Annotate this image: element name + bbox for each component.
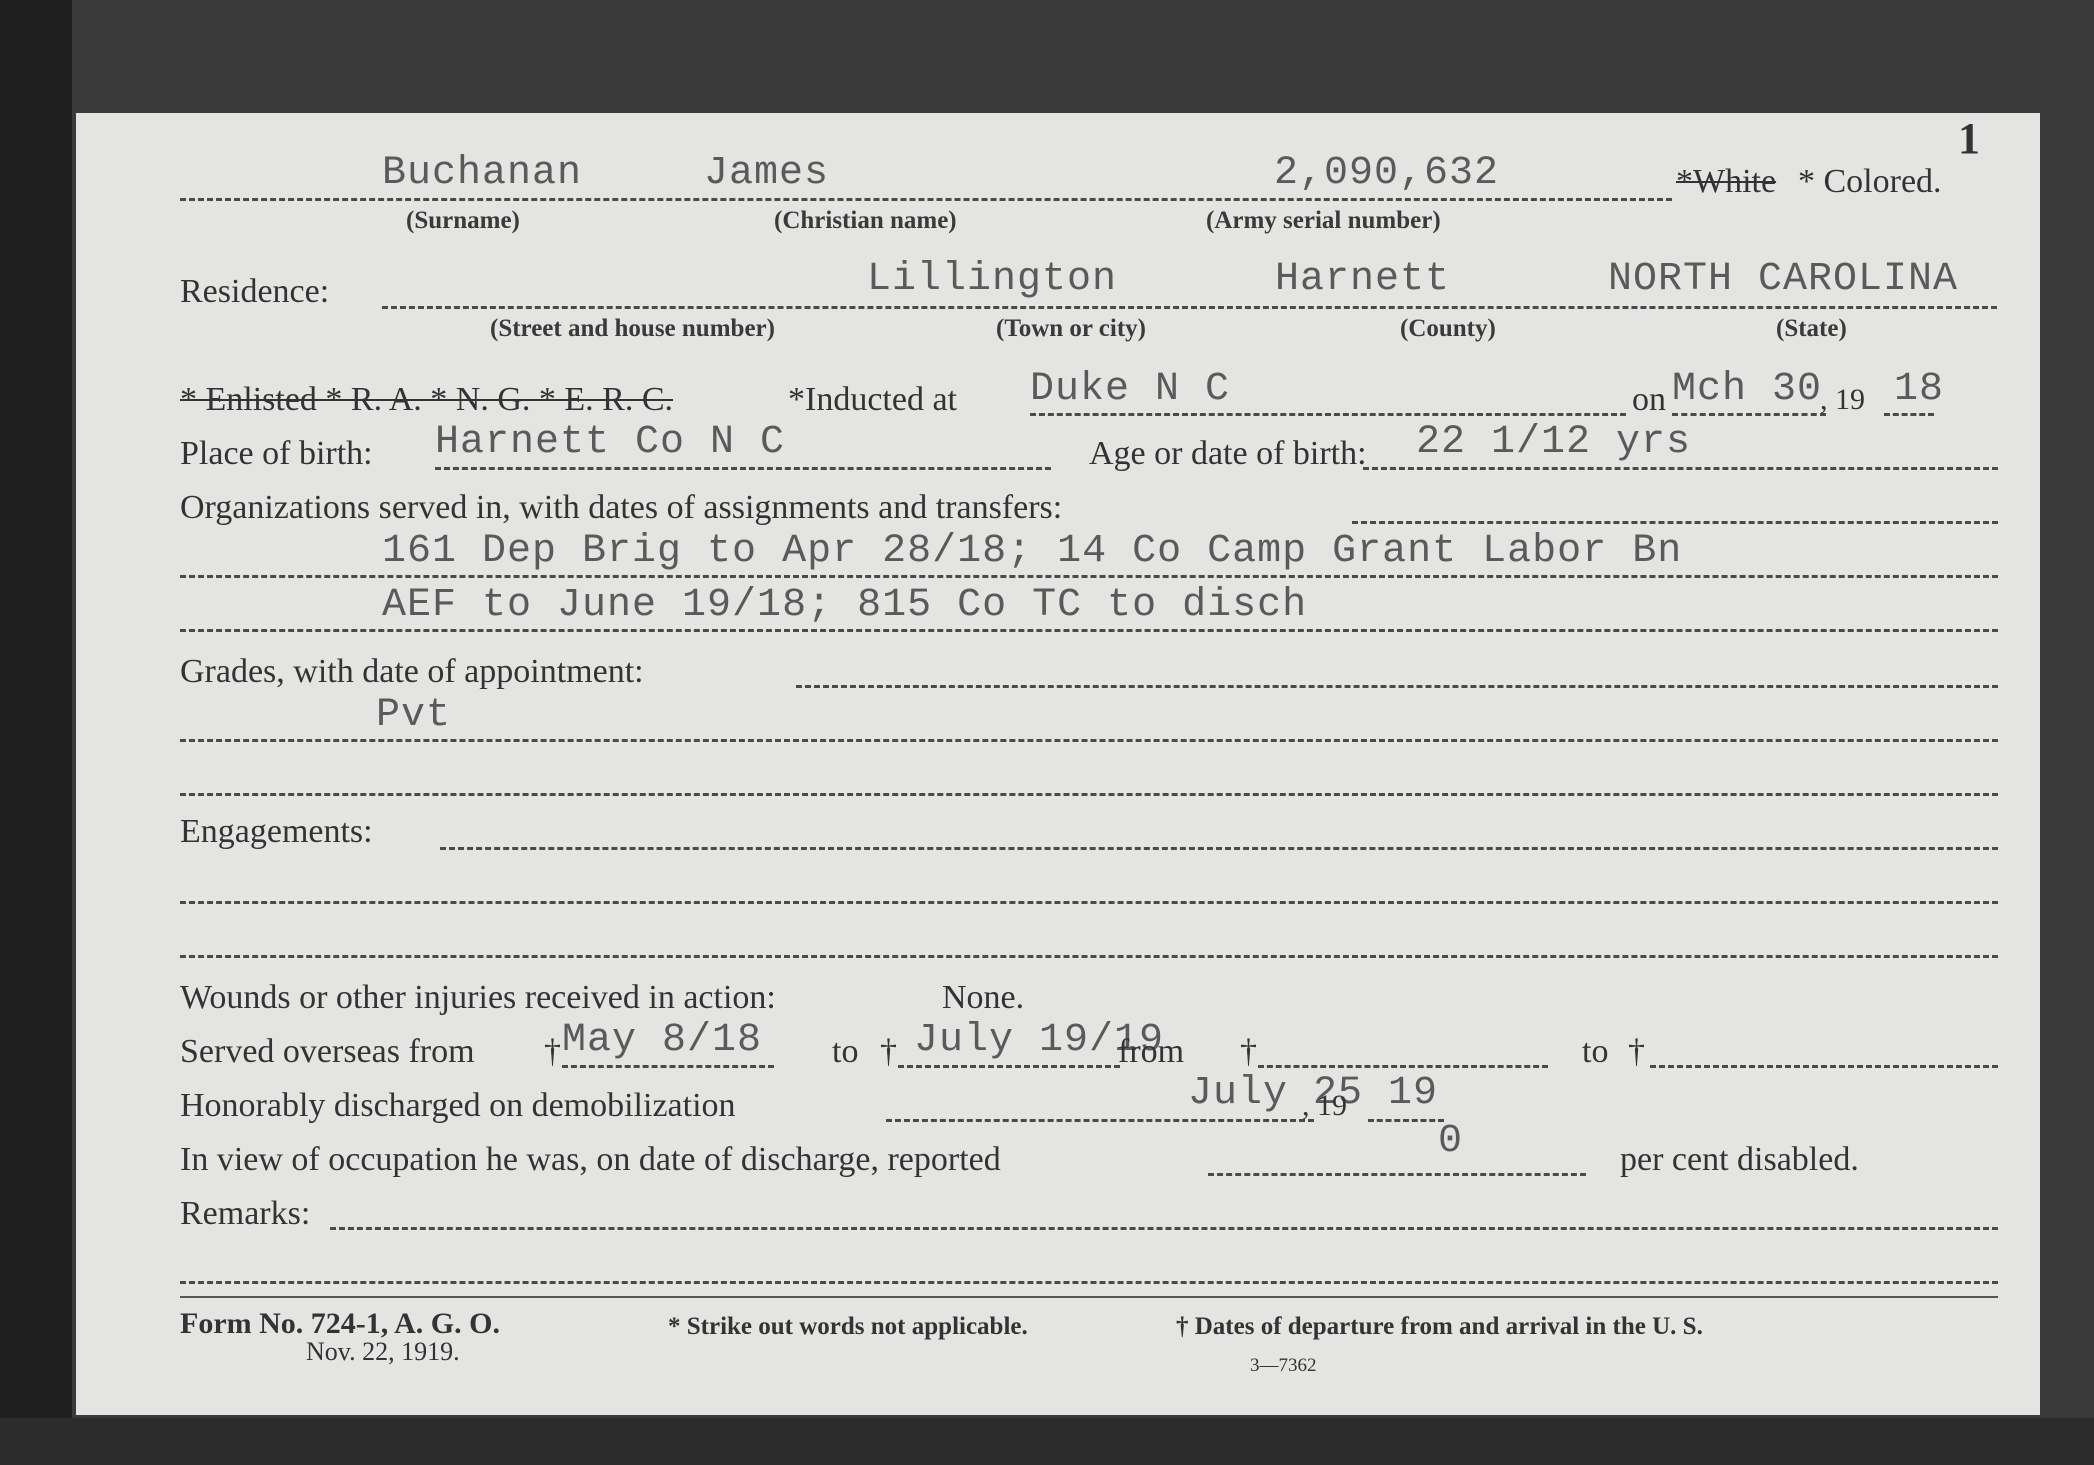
induction-year-line: [1884, 413, 1934, 416]
card-number: 1: [1958, 113, 1980, 164]
organization-line-1: 161 Dep Brig to Apr 28/18; 14 Co Camp Gr…: [382, 529, 1682, 574]
inducted-at-label: *Inducted at: [788, 381, 957, 419]
organization-rule-1: [180, 575, 1998, 578]
disability-label: In view of occupation he was, on date of…: [180, 1141, 1001, 1179]
wounds-value: None.: [942, 979, 1024, 1017]
organization-rule-2: [180, 629, 1998, 632]
age-line: [1363, 467, 1998, 470]
form-date: Nov. 22, 1919.: [306, 1337, 460, 1367]
grades-rule-2: [180, 793, 1998, 796]
engagements-label-line: [440, 847, 1998, 850]
residence-label: Residence:: [180, 273, 329, 311]
overseas-departure-line: [562, 1065, 774, 1068]
surname-value: Buchanan: [382, 151, 582, 196]
dagger-mark-1: †: [544, 1033, 561, 1071]
dates-note: † Dates of departure from and arrival in…: [1176, 1313, 1703, 1341]
serial-number-caption: (Army serial number): [1206, 207, 1441, 235]
disability-suffix: per cent disabled.: [1620, 1141, 1859, 1179]
strike-out-note: * Strike out words not applicable.: [668, 1313, 1028, 1341]
overseas-to-label-2: to: [1582, 1033, 1608, 1071]
remarks-line: [330, 1227, 1998, 1230]
residence-county-value: Harnett: [1275, 257, 1450, 302]
residence-state-value: NORTH CAROLINA: [1608, 257, 1958, 302]
service-record-card: 1 Buchanan James 2,090,632 *White * Colo…: [76, 113, 2040, 1415]
state-caption: (State): [1776, 315, 1847, 343]
overseas-departure-2-line: [1258, 1065, 1548, 1068]
engagements-rule-2: [180, 955, 1998, 958]
scanner-background-left: [0, 0, 72, 1465]
grades-label: Grades, with date of appointment:: [180, 653, 644, 691]
discharge-year-line: [1368, 1119, 1444, 1122]
discharge-year-prefix: , 19: [1302, 1089, 1347, 1123]
age-value: 22 1/12 yrs: [1416, 420, 1691, 465]
overseas-to-label: to: [832, 1033, 858, 1071]
form-number: Form No. 724-1, A. G. O.: [180, 1307, 500, 1341]
induction-date-line: [1672, 413, 1826, 416]
race-white-struck: *White: [1676, 163, 1776, 201]
induction-year-prefix: , 19: [1820, 383, 1865, 417]
inducted-at-value: Duke N C: [1030, 367, 1230, 412]
place-of-birth-line: [435, 467, 1051, 470]
remarks-label: Remarks:: [180, 1195, 310, 1233]
street-caption: (Street and house number): [490, 315, 775, 343]
organizations-label-line: [1352, 521, 1998, 524]
inducted-on-label: on: [1632, 381, 1666, 419]
discharge-label: Honorably discharged on demobilization: [180, 1087, 736, 1125]
overseas-arrival-line: [898, 1065, 1120, 1068]
induction-year-value: 18: [1894, 367, 1944, 412]
place-of-birth-value: Harnett Co N C: [435, 420, 785, 465]
remarks-rule-2: [180, 1281, 1998, 1284]
army-serial-number-value: 2,090,632: [1274, 151, 1499, 196]
surname-caption: (Surname): [406, 207, 520, 235]
dagger-mark-2: †: [880, 1033, 897, 1071]
discharge-date-line: [886, 1119, 1314, 1122]
overseas-arrival-2-line: [1650, 1065, 1998, 1068]
name-line: [180, 198, 1672, 201]
inducted-at-line: [1030, 413, 1626, 416]
engagements-rule-1: [180, 901, 1998, 904]
disability-line: [1208, 1173, 1586, 1176]
county-caption: (County): [1400, 315, 1496, 343]
enlistment-options-struck: * Enlisted * R. A. * N. G. * E. R. C.: [180, 381, 673, 419]
dagger-mark-3: †: [1240, 1033, 1257, 1071]
organization-line-2: AEF to June 19/18; 815 Co TC to disch: [382, 583, 1307, 628]
christian-name-caption: (Christian name): [774, 207, 957, 235]
engagements-label: Engagements:: [180, 813, 373, 851]
overseas-departure-value: May 8/18: [562, 1018, 762, 1063]
served-overseas-label: Served overseas from: [180, 1033, 475, 1071]
grades-label-line: [796, 685, 1998, 688]
footer-divider: [180, 1296, 1998, 1298]
race-colored: * Colored.: [1798, 163, 1942, 201]
overseas-from-label-2: from: [1118, 1033, 1184, 1071]
age-label: Age or date of birth:: [1089, 435, 1367, 473]
grades-rule-1: [180, 739, 1998, 742]
place-of-birth-label: Place of birth:: [180, 435, 373, 473]
scanner-background-bottom: [0, 1418, 2094, 1465]
induction-date-value: Mch 30: [1672, 367, 1822, 412]
town-caption: (Town or city): [996, 315, 1146, 343]
dagger-mark-4: †: [1628, 1033, 1645, 1071]
grade-value-1: Pvt: [376, 693, 451, 738]
print-code: 3—7362: [1250, 1355, 1317, 1377]
discharge-year-value: 19: [1388, 1071, 1438, 1116]
wounds-label: Wounds or other injuries received in act…: [180, 979, 776, 1017]
residence-town-value: Lillington: [867, 257, 1117, 302]
residence-line: [382, 306, 1997, 309]
disability-percent-value: 0: [1438, 1119, 1463, 1164]
christian-name-value: James: [704, 151, 829, 196]
organizations-label: Organizations served in, with dates of a…: [180, 489, 1062, 527]
